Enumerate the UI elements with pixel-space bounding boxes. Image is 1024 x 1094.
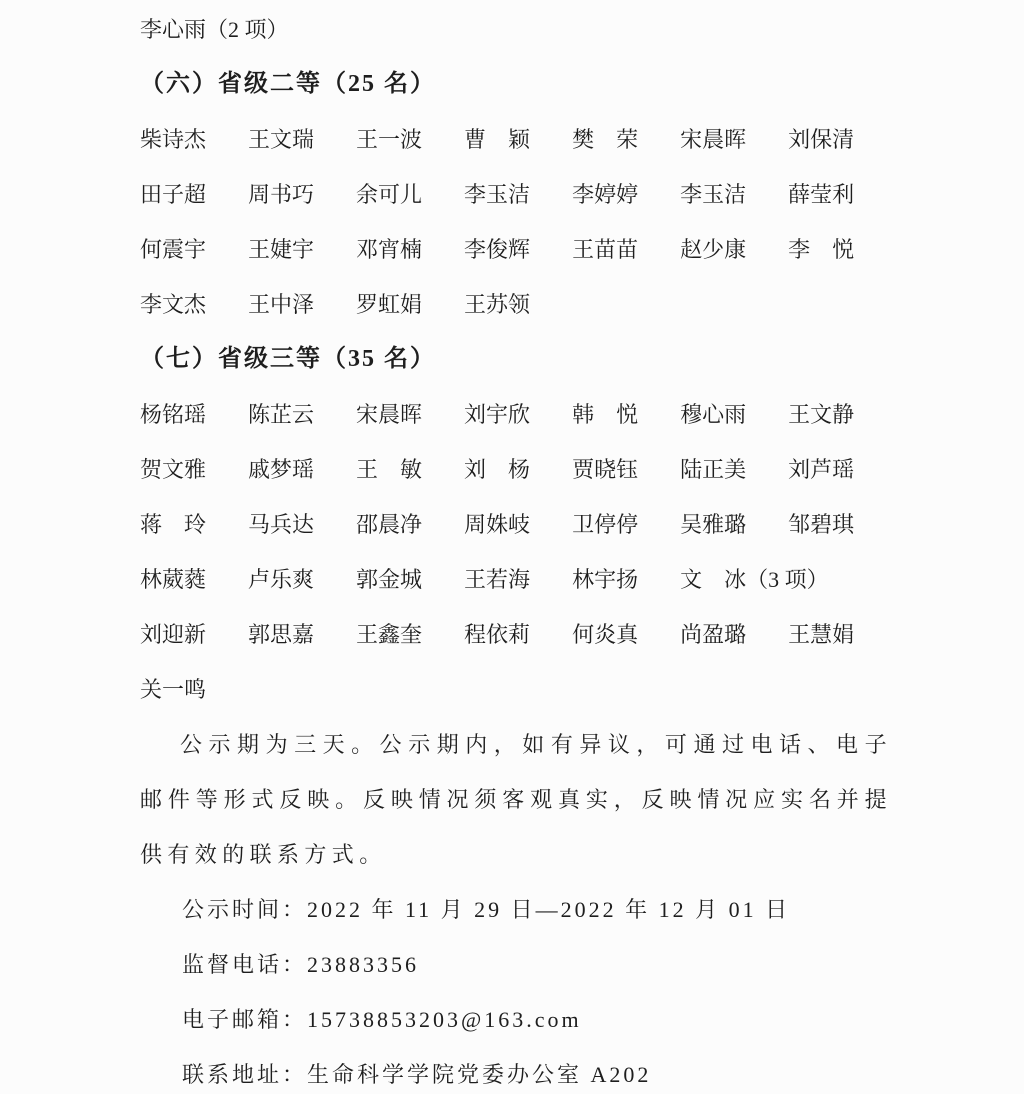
name-item: 李婷婷	[572, 167, 638, 222]
name-item: 周书巧	[248, 167, 314, 222]
name-item: 王一波	[356, 112, 422, 167]
name-row: 李文杰 王中泽 罗虹娟 王苏领	[140, 277, 890, 332]
name-item: 王苏领	[464, 277, 530, 332]
name-item: 赵少康	[680, 222, 746, 277]
name-item: 何炎真	[572, 607, 638, 662]
name-item: 尚盈璐	[680, 607, 746, 662]
name-item: 陈芷云	[248, 387, 314, 442]
name-item: 王文静	[788, 387, 854, 442]
name-item: 余可儿	[356, 167, 422, 222]
name-row: 蒋 玲 马兵达 邵晨净 周姝岐 卫停停 吴雅璐 邹碧琪	[140, 497, 890, 552]
name-item: 田子超	[140, 167, 206, 222]
name-item: 刘迎新	[140, 607, 206, 662]
name-item: 刘保清	[788, 112, 854, 167]
name-item: 薛莹利	[788, 167, 854, 222]
name-item: 穆心雨	[680, 387, 746, 442]
name-item: 程依莉	[464, 607, 530, 662]
name-item: 郭金城	[356, 552, 422, 607]
name-item: 王中泽	[248, 277, 314, 332]
name-row: 关一鸣	[140, 662, 890, 717]
name-item: 陆正美	[680, 442, 746, 497]
lead-name: 李心雨（2 项）	[140, 2, 890, 57]
contact-address-line: 联系地址：生命科学学院党委办公室 A202	[140, 1047, 890, 1094]
name-item: 王若海	[464, 552, 530, 607]
name-item: 刘 杨	[464, 442, 530, 497]
name-item: 何震宇	[140, 222, 206, 277]
name-item: 蒋 玲	[140, 497, 206, 552]
name-item: 邹碧琪	[788, 497, 854, 552]
name-item: 贺文雅	[140, 442, 206, 497]
name-item: 杨铭瑶	[140, 387, 206, 442]
name-item: 韩 悦	[572, 387, 638, 442]
name-item: 柴诗杰	[140, 112, 206, 167]
section-six-heading: （六）省级二等（25 名）	[140, 57, 890, 112]
name-item: 王文瑞	[248, 112, 314, 167]
name-row: 何震宇 王婕宇 邓宵楠 李俊辉 王苗苗 赵少康 李 悦	[140, 222, 890, 277]
name-item: 周姝岐	[464, 497, 530, 552]
name-item: 邓宵楠	[356, 222, 422, 277]
name-item: 樊 荣	[572, 112, 638, 167]
name-item: 郭思嘉	[248, 607, 314, 662]
name-item: 林宇扬	[572, 552, 638, 607]
name-item: 李 悦	[788, 222, 854, 277]
name-item: 邵晨净	[356, 497, 422, 552]
name-item: 文 冰（3 项）	[680, 552, 829, 607]
name-row: 杨铭瑶 陈芷云 宋晨晖 刘宇欣 韩 悦 穆心雨 王文静	[140, 387, 890, 442]
name-row: 林葳蕤 卢乐爽 郭金城 王若海 林宇扬 文 冰（3 项）	[140, 552, 890, 607]
notice-paragraph: 公示期为三天。公示期内，如有异议，可通过电话、电子邮件等形式反映。反映情况须客观…	[140, 717, 892, 882]
name-row: 田子超 周书巧 余可儿 李玉洁 李婷婷 李玉洁 薛莹利	[140, 167, 890, 222]
name-item: 李玉洁	[680, 167, 746, 222]
name-item: 刘芦瑶	[788, 442, 854, 497]
name-item: 林葳蕤	[140, 552, 206, 607]
name-item: 王苗苗	[572, 222, 638, 277]
publicity-period-line: 公示时间：2022 年 11 月 29 日—2022 年 12 月 01 日	[140, 882, 890, 937]
notice-document-page: 李心雨（2 项） （六）省级二等（25 名） 柴诗杰 王文瑞 王一波 曹 颖 樊…	[0, 0, 1024, 1094]
name-item: 李文杰	[140, 277, 206, 332]
name-item: 王婕宇	[248, 222, 314, 277]
name-item: 王鑫奎	[356, 607, 422, 662]
name-item: 关一鸣	[140, 662, 206, 717]
name-item: 卫停停	[572, 497, 638, 552]
contact-email-line: 电子邮箱：15738853203@163.com	[140, 992, 890, 1047]
name-item: 吴雅璐	[680, 497, 746, 552]
name-item: 王慧娟	[788, 607, 854, 662]
name-row: 柴诗杰 王文瑞 王一波 曹 颖 樊 荣 宋晨晖 刘保清	[140, 112, 890, 167]
name-row: 刘迎新 郭思嘉 王鑫奎 程依莉 何炎真 尚盈璐 王慧娟	[140, 607, 890, 662]
name-item: 卢乐爽	[248, 552, 314, 607]
name-item: 宋晨晖	[356, 387, 422, 442]
name-item: 马兵达	[248, 497, 314, 552]
name-item: 刘宇欣	[464, 387, 530, 442]
supervision-phone-line: 监督电话：23883356	[140, 937, 890, 992]
section-seven-heading: （七）省级三等（35 名）	[140, 332, 890, 387]
name-item: 贾晓钰	[572, 442, 638, 497]
name-item: 宋晨晖	[680, 112, 746, 167]
name-item: 戚梦瑶	[248, 442, 314, 497]
name-row: 贺文雅 戚梦瑶 王 敏 刘 杨 贾晓钰 陆正美 刘芦瑶	[140, 442, 890, 497]
name-item: 罗虹娟	[356, 277, 422, 332]
name-item: 王 敏	[356, 442, 422, 497]
name-item: 李俊辉	[464, 222, 530, 277]
name-item: 曹 颖	[464, 112, 530, 167]
name-item: 李玉洁	[464, 167, 530, 222]
